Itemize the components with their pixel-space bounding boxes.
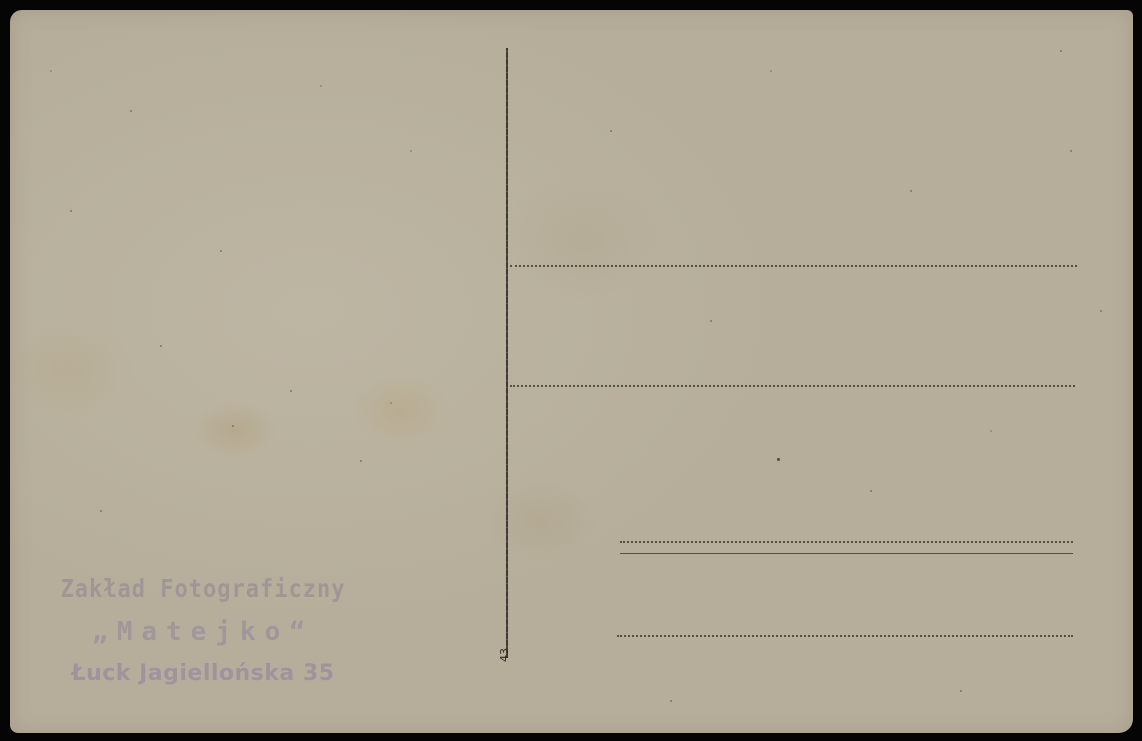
printer-mark: 43	[498, 652, 512, 662]
paper-speck	[130, 110, 132, 112]
paper-speck	[1100, 310, 1102, 312]
paper-speck	[290, 390, 292, 392]
paper-speck	[770, 70, 772, 72]
paper-speck	[610, 130, 612, 132]
paper-speck	[50, 70, 52, 72]
postcard-back: 43 Zakład Fotograficzny „Matejko“ Łuck J…	[10, 10, 1133, 733]
paper-speck	[390, 402, 392, 404]
address-line-5	[617, 635, 1073, 637]
paper-speck	[232, 425, 234, 427]
paper-speck	[220, 250, 222, 252]
paper-speck	[410, 150, 412, 152]
paper-speck	[1070, 150, 1072, 152]
paper-speck	[1060, 50, 1062, 52]
photographer-stamp: Zakład Fotograficzny „Matejko“ Łuck Jagi…	[48, 570, 358, 694]
paper-speck	[360, 460, 362, 462]
paper-speck	[710, 320, 712, 322]
stamp-studio-name: Zakład Fotograficzny	[48, 567, 358, 613]
address-line-4	[620, 553, 1073, 554]
paper-speck	[960, 690, 962, 692]
address-line-3	[620, 541, 1073, 543]
address-line-1	[510, 265, 1077, 267]
paper-speck	[870, 490, 872, 492]
paper-speck	[670, 700, 672, 702]
paper-speck	[70, 210, 72, 212]
paper-speck	[910, 190, 912, 192]
vertical-divider-line	[506, 48, 508, 658]
paper-speck	[777, 458, 780, 461]
paper-speck	[160, 345, 162, 347]
paper-speck	[990, 430, 992, 432]
paper-speck	[100, 510, 102, 512]
address-line-2	[510, 385, 1075, 387]
stamp-address: Łuck Jagiellońska 35	[48, 654, 358, 694]
stamp-brand: „Matejko“	[48, 610, 358, 654]
paper-speck	[320, 85, 322, 87]
